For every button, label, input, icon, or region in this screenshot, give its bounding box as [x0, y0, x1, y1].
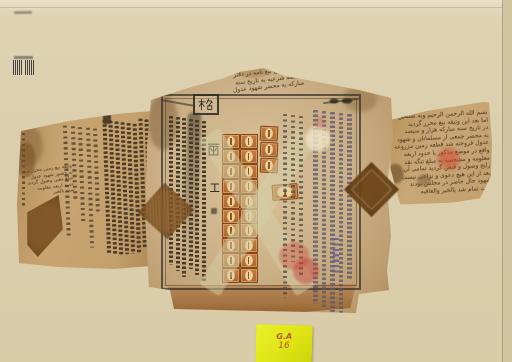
revenue-stamp — [260, 141, 279, 157]
blue-ink-characters — [333, 238, 339, 275]
text-column — [182, 118, 186, 277]
barcode-bars-left — [13, 60, 23, 75]
bed-right-edge — [503, 0, 512, 362]
barcode-label — [14, 56, 33, 59]
left-document: وثيقه بيع زمين محرر شدبه حضور شهود عدولم… — [17, 107, 165, 271]
revenue-stamp — [240, 268, 258, 283]
corner-label-text — [14, 11, 32, 14]
text-column — [291, 115, 295, 262]
revenue-stamp — [260, 126, 279, 142]
text-column — [333, 238, 339, 275]
right-document: بسم الله الرحمن الرحيم وبه نستعيناما بعد… — [387, 101, 496, 208]
frame-chamfer-left — [161, 99, 195, 107]
text-column — [78, 127, 85, 224]
barcode — [13, 56, 36, 76]
text-column — [93, 128, 100, 211]
ink-seal-edge — [17, 143, 35, 177]
ink-seal-triangular — [27, 195, 63, 257]
text-column — [339, 113, 344, 316]
revenue-stamp — [240, 134, 258, 149]
red-seal-impression — [293, 258, 319, 284]
bed-right-seam — [502, 0, 503, 362]
sticky-note-line2: 16 — [256, 341, 312, 351]
text-column — [85, 128, 93, 248]
dragon-emblem — [328, 97, 354, 105]
grid-character-glyph — [198, 98, 214, 111]
scan-bed: وثيقه بيع زمين محرر شدبه حضور شهود عدولم… — [0, 0, 512, 362]
char-gong-glyph — [209, 182, 220, 193]
form-grid-character-box — [193, 94, 219, 115]
barcode-bars-right — [25, 60, 35, 75]
hand-mark — [211, 208, 217, 214]
bed-seam-line — [0, 7, 512, 8]
text-column — [189, 119, 193, 269]
red-seal-impression — [315, 116, 325, 130]
arabic-annotation-top: ثبت شد اين بيع نامه در دفترمحكمه شرعيه ب… — [231, 65, 304, 95]
revenue-stamp — [240, 149, 258, 164]
text-column — [195, 120, 199, 275]
text-column — [283, 114, 287, 298]
sticky-note: G.A 16 — [256, 324, 313, 362]
